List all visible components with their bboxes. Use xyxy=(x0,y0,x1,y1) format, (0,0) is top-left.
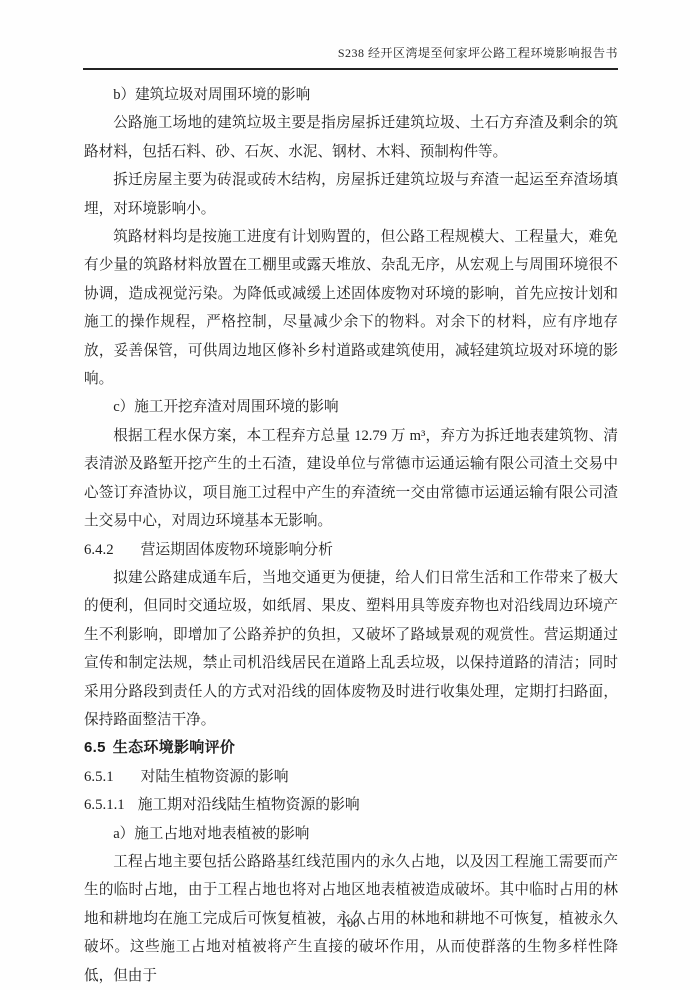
running-title: S238 经开区湾堤至何家坪公路工程环境影响报告书 xyxy=(338,46,618,60)
subitem-heading-a: a）施工占地对地表植被的影响 xyxy=(84,820,618,848)
section-title: 对陆生植物资源的影响 xyxy=(141,769,289,785)
section-number: 6.5 xyxy=(84,734,106,762)
paragraph-operation-waste: 拟建公路建成通车后，当地交通更为便捷，给人们日常生活和工作带来了极大的便利，但同… xyxy=(84,564,618,734)
page-number: 100 xyxy=(341,916,360,930)
section-number: 6.5.1 xyxy=(84,763,114,791)
section-heading-6-5-1-1: 6.5.1.1施工期对沿线陆生植物资源的影响 xyxy=(84,791,618,819)
section-title: 营运期固体废物环境影响分析 xyxy=(141,542,333,558)
paragraph-road-materials: 筑路材料均是按施工进度有计划购置的，但公路工程规模大、工程量大，难免有少量的筑路… xyxy=(84,223,618,393)
section-heading-6-4-2: 6.4.2营运期固体废物环境影响分析 xyxy=(84,536,618,564)
section-title: 施工期对沿线陆生植物资源的影响 xyxy=(138,797,360,813)
section-heading-6-5-1: 6.5.1对陆生植物资源的影响 xyxy=(84,763,618,791)
document-content: b）建筑垃圾对周围环境的影响 公路施工场地的建筑垃圾主要是指房屋拆迁建筑垃圾、土… xyxy=(84,81,618,990)
paragraph-spoil: 根据工程水保方案，本工程弃方总量 12.79 万 m³，弃方为拆迁地表建筑物、清… xyxy=(84,422,618,536)
section-heading-6-5: 6.5生态环境影响评价 xyxy=(84,734,618,762)
page-footer: 100 xyxy=(0,916,700,931)
subitem-heading-c: c）施工开挖弃渣对周围环境的影响 xyxy=(84,393,618,421)
section-number: 6.5.1.1 xyxy=(84,791,125,819)
section-number: 6.4.2 xyxy=(84,536,114,564)
section-title: 生态环境影响评价 xyxy=(113,739,235,756)
header-rule xyxy=(83,68,618,70)
running-header: S238 经开区湾堤至何家坪公路工程环境影响报告书 xyxy=(83,44,618,61)
paragraph-construction-waste: 公路施工场地的建筑垃圾主要是指房屋拆迁建筑垃圾、土石方弃渣及剩余的筑路材料，包括… xyxy=(84,109,618,166)
document-page: S238 经开区湾堤至何家坪公路工程环境影响报告书 b）建筑垃圾对周围环境的影响… xyxy=(0,0,700,990)
subitem-heading-b: b）建筑垃圾对周围环境的影响 xyxy=(84,81,618,109)
paragraph-demolition: 拆迁房屋主要为砖混或砖木结构，房屋拆迁建筑垃圾与弃渣一起运至弃渣场填埋，对环境影… xyxy=(84,166,618,223)
